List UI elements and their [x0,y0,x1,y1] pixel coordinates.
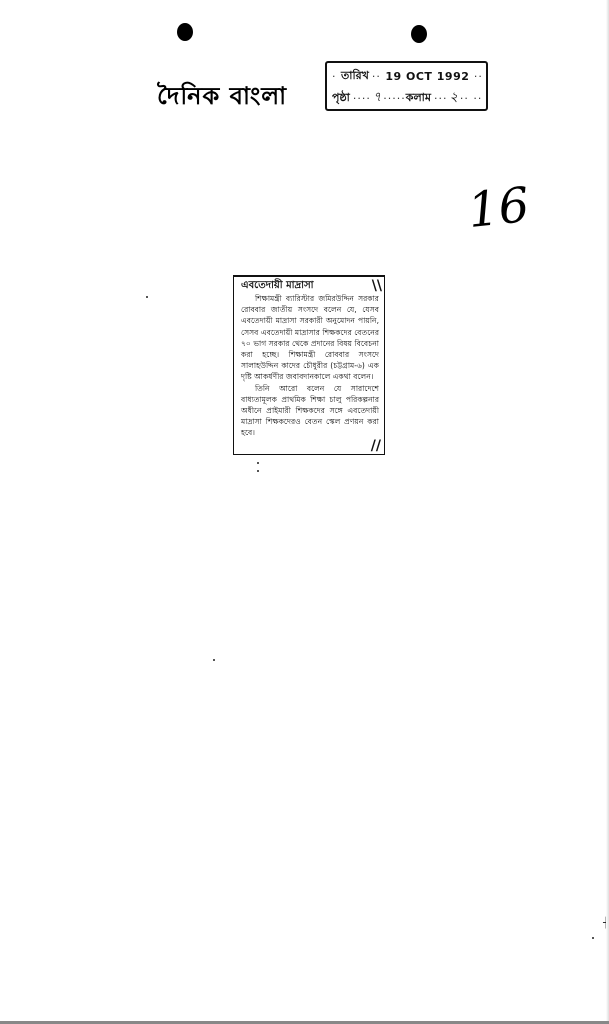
scissor-mark-icon: \\ [372,279,382,293]
newspaper-masthead: দৈনিক বাংলা [157,78,287,118]
stamp-date-label: তারিখ [341,67,369,85]
punch-hole-right [411,25,427,43]
stamp-page-label: পৃষ্ঠা [332,89,350,107]
stamp-column-value: ২ [449,89,457,107]
scissor-mark-icon: // [371,439,381,453]
handwritten-page-number: 16 [465,177,532,239]
stamp-date-value: 19 OCT 1992 [385,70,469,83]
clipping-headline: এবতেদায়ী মাদ্রাসা [241,280,379,292]
clipping-paragraph: তিনি আরো বলেন যে সারাদেশে বাধ্যতামূলক প্… [241,383,379,439]
archive-stamp: · তারিখ ·· 19 OCT 1992 ·· ··· পৃষ্ঠা ···… [325,61,488,111]
scan-speck [213,659,215,661]
stamp-date-row: · তারিখ ·· 19 OCT 1992 ·· ··· [332,67,482,85]
scan-speck [146,296,148,298]
punch-hole-left [177,23,193,41]
scan-speck [257,462,259,464]
news-clipping: এবতেদায়ী মাদ্রাসা শিক্ষামন্ত্রী ব্যারিস… [233,275,385,455]
scan-speck [257,470,259,472]
stamp-page-value: ৭ [373,89,381,107]
stamp-column-label: কলাম [406,89,431,107]
scan-speck [592,937,594,939]
stamp-page-row: পৃষ্ঠা ···· ৭ ····· কলাম ··· ২ ·· ··· [332,89,482,107]
clipping-paragraph: শিক্ষামন্ত্রী ব্যারিস্টার জমিরউদ্দিন সরক… [241,293,379,383]
